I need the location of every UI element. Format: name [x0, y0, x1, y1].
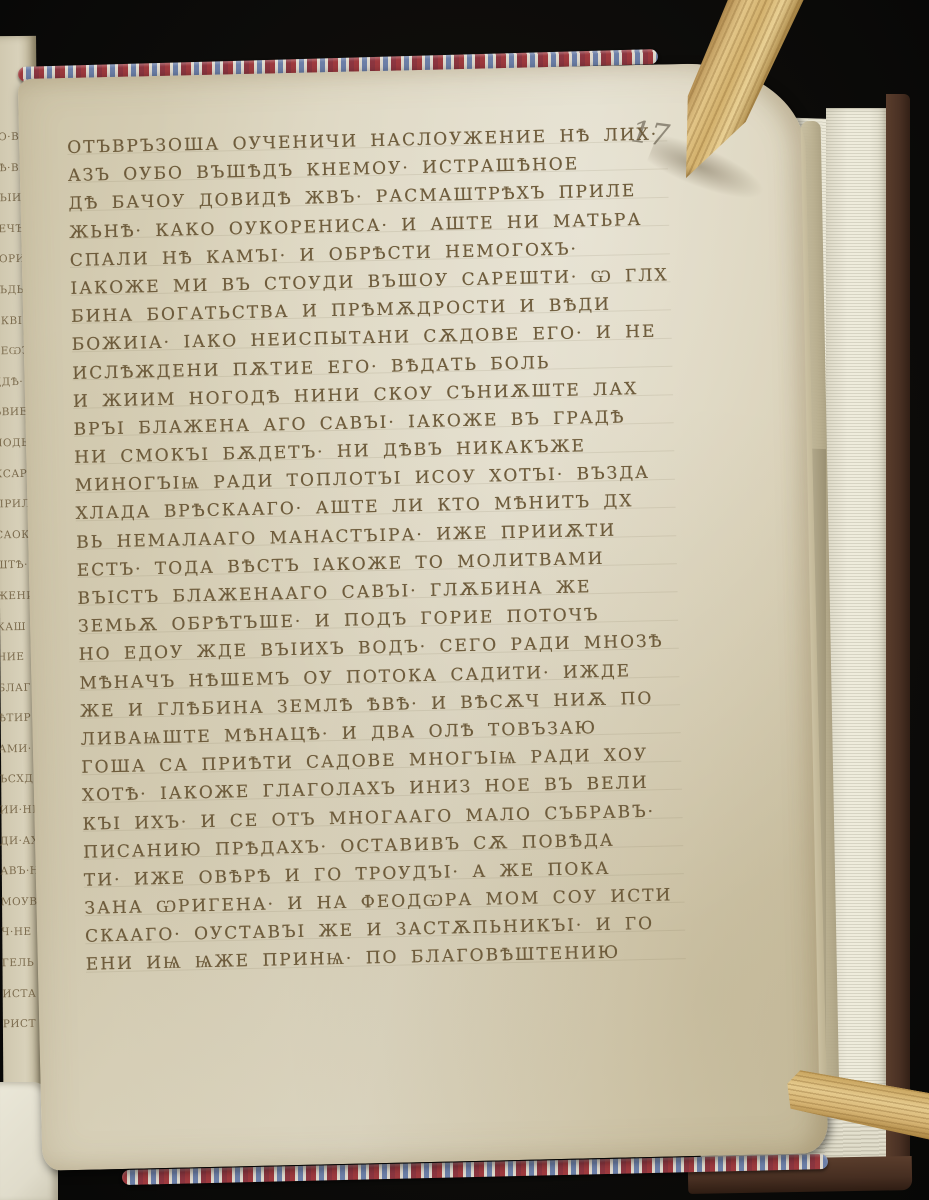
- manuscript-text: ОТЪВРЪЗОША ОУЧЕНИЧИ НАСЛОУЖЕНИЕ НѢ ЛИХ· …: [67, 120, 686, 979]
- manuscript-photograph: ЛО·ВЪЛѢ·ВИЧЪІИВЕЧЪВОРИТЪДЬОКВІѢЕѠЗДДѢ·ѢВ…: [0, 0, 929, 1200]
- book-cover-edge-right: [886, 94, 910, 1170]
- manuscript-page: 21 17 ОТЪВРЪЗОША ОУЧЕНИЧИ НАСЛОУЖЕНИЕ НѢ…: [18, 61, 829, 1171]
